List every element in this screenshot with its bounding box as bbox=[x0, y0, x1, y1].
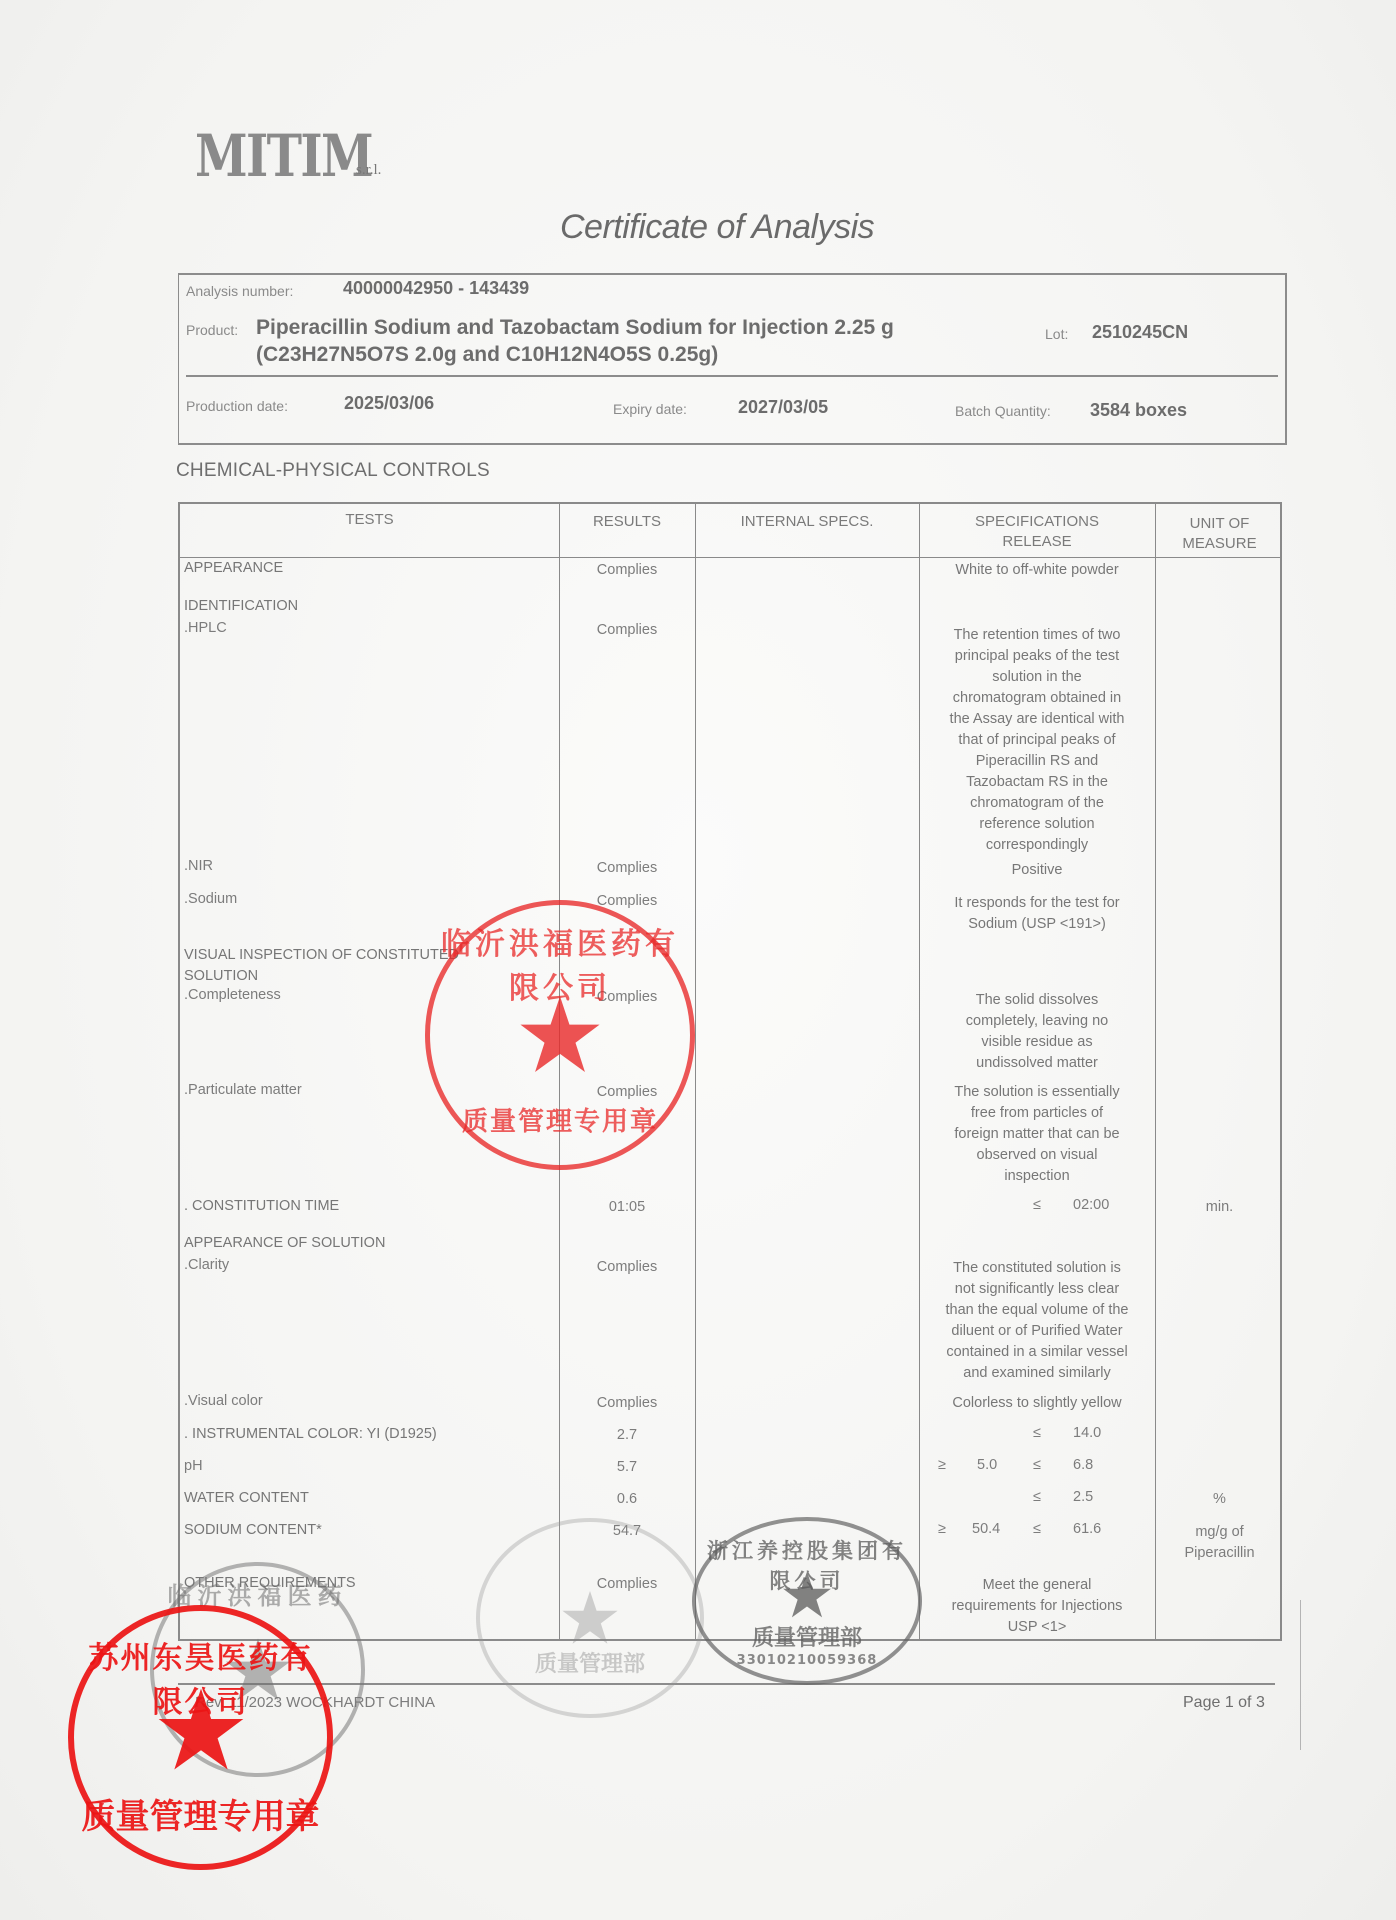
company-logo: MITIM bbox=[195, 122, 372, 190]
col-divider bbox=[919, 504, 920, 1639]
test-visual-inspection-line1: VISUAL INSPECTION OF CONSTITUTED bbox=[184, 945, 459, 966]
result-clarity: Complies bbox=[559, 1257, 695, 1278]
spec-line: The solution is essentially bbox=[925, 1082, 1149, 1103]
header-divider bbox=[180, 557, 1280, 558]
result-water-content: 0.6 bbox=[559, 1489, 695, 1510]
result-sodium: Complies bbox=[559, 891, 695, 912]
spec-line: chromatogram of the bbox=[925, 793, 1149, 814]
unit-sodium-content: mg/g of Piperacillin bbox=[1155, 1522, 1284, 1564]
op-water-content-max: ≤ bbox=[1033, 1489, 1041, 1505]
result-instrumental-color: 2.7 bbox=[559, 1425, 695, 1446]
product-name: Piperacillin Sodium and Tazobactam Sodiu… bbox=[256, 316, 894, 340]
spec-clarity: The constituted solution isnot significa… bbox=[925, 1258, 1149, 1384]
test-particulate: .Particulate matter bbox=[184, 1080, 302, 1101]
col-header-spec-release-line2: RELEASE bbox=[919, 532, 1155, 552]
spec-line: The retention times of two bbox=[925, 625, 1149, 646]
test-visual-inspection-line2: SOLUTION bbox=[184, 966, 459, 987]
lot-number: 2510245CN bbox=[1092, 322, 1188, 343]
test-visual-inspection: VISUAL INSPECTION OF CONSTITUTED SOLUTIO… bbox=[184, 945, 459, 987]
spec-line: correspondingly bbox=[925, 835, 1149, 856]
col-header-spec-release: SPECIFICATIONS RELEASE bbox=[919, 512, 1155, 552]
spec-line: undissolved matter bbox=[925, 1053, 1149, 1074]
result-visual-color: Complies bbox=[559, 1393, 695, 1414]
spec-line: Meet the general bbox=[925, 1575, 1149, 1596]
expiry-date: 2027/03/05 bbox=[738, 397, 828, 418]
footer-divider bbox=[178, 1683, 1275, 1685]
spec-line: than the equal volume of the bbox=[925, 1300, 1149, 1321]
col-header-unit: UNIT OF MEASURE bbox=[1155, 514, 1284, 554]
test-clarity: .Clarity bbox=[184, 1255, 229, 1276]
spec-ph-min: 5.0 bbox=[977, 1457, 997, 1473]
spec-instrumental-color-max: 14.0 bbox=[1073, 1425, 1101, 1441]
col-divider bbox=[1155, 504, 1156, 1639]
spec-line: the Assay are identical with bbox=[925, 709, 1149, 730]
op-sodium-content-max: ≤ bbox=[1033, 1521, 1041, 1537]
test-sodium: .Sodium bbox=[184, 889, 237, 910]
spec-hplc: The retention times of twoprincipal peak… bbox=[925, 625, 1149, 856]
spec-line: and examined similarly bbox=[925, 1363, 1149, 1384]
test-identification: IDENTIFICATION bbox=[184, 596, 298, 617]
test-instrumental-color: . INSTRUMENTAL COLOR: YI (D1925) bbox=[184, 1424, 437, 1445]
spec-sodium-content-min: 50.4 bbox=[972, 1521, 1000, 1537]
result-other-requirements: Complies bbox=[559, 1574, 695, 1595]
spec-line: Sodium (USP <191>) bbox=[925, 914, 1149, 935]
product-label: Product: bbox=[186, 322, 238, 338]
result-completeness: Complies bbox=[559, 987, 695, 1008]
spec-line: It responds for the test for bbox=[925, 893, 1149, 914]
controls-table: TESTS RESULTS INTERNAL SPECS. SPECIFICAT… bbox=[178, 502, 1282, 1641]
col-divider bbox=[695, 504, 696, 1639]
spec-line: The constituted solution is bbox=[925, 1258, 1149, 1279]
spec-sodium-content-max: 61.6 bbox=[1073, 1521, 1101, 1537]
op-constitution-time-max: ≤ bbox=[1033, 1197, 1041, 1213]
test-visual-color: .Visual color bbox=[184, 1391, 263, 1412]
test-hplc: .HPLC bbox=[184, 618, 227, 639]
col-header-unit-line2: MEASURE bbox=[1155, 534, 1284, 554]
spec-other-requirements: Meet the generalrequirements for Injecti… bbox=[925, 1575, 1149, 1638]
spec-line: Piperacillin RS and bbox=[925, 751, 1149, 772]
company-logo-suffix: s.r.l. bbox=[356, 162, 381, 179]
expiry-date-label: Expiry date: bbox=[613, 401, 687, 417]
spec-line: foreign matter that can be bbox=[925, 1124, 1149, 1145]
document-title: Certificate of Analysis bbox=[560, 208, 874, 247]
spec-sodium: It responds for the test forSodium (USP … bbox=[925, 893, 1149, 935]
op-instrumental-color-max: ≤ bbox=[1033, 1425, 1041, 1441]
result-appearance: Complies bbox=[559, 560, 695, 581]
spec-line: visible residue as bbox=[925, 1032, 1149, 1053]
product-info-divider bbox=[186, 375, 1278, 377]
result-sodium-content: 54.7 bbox=[559, 1521, 695, 1542]
spec-visual-color: Colorless to slightly yellow bbox=[925, 1393, 1149, 1414]
test-appearance: APPEARANCE bbox=[184, 558, 283, 579]
spec-line: reference solution bbox=[925, 814, 1149, 835]
analysis-number-label: Analysis number: bbox=[186, 283, 293, 299]
batch-quantity-label: Batch Quantity: bbox=[955, 403, 1051, 419]
spec-water-content-max: 2.5 bbox=[1073, 1489, 1093, 1505]
spec-line: that of principal peaks of bbox=[925, 730, 1149, 751]
col-header-unit-line1: UNIT OF bbox=[1155, 514, 1284, 534]
col-header-internal-specs: INTERNAL SPECS. bbox=[695, 512, 919, 532]
test-sodium-content: SODIUM CONTENT* bbox=[184, 1520, 322, 1541]
spec-appearance: White to off-white powder bbox=[925, 560, 1149, 581]
spec-line: principal peaks of the test bbox=[925, 646, 1149, 667]
test-other-requirements: OTHER REQUIREMENTS bbox=[184, 1573, 356, 1594]
spec-line: Tazobactam RS in the bbox=[925, 772, 1149, 793]
op-ph-min: ≥ bbox=[938, 1457, 946, 1473]
spec-line: chromatogram obtained in bbox=[925, 688, 1149, 709]
col-header-spec-release-line1: SPECIFICATIONS bbox=[919, 512, 1155, 532]
section-title: CHEMICAL-PHYSICAL CONTROLS bbox=[176, 460, 490, 482]
unit-sodium-content-line2: Piperacillin bbox=[1155, 1543, 1284, 1564]
spec-line: USP <1> bbox=[925, 1617, 1149, 1638]
test-ph: pH bbox=[184, 1456, 203, 1477]
spec-line: diluent or of Purified Water bbox=[925, 1321, 1149, 1342]
op-ph-max: ≤ bbox=[1033, 1457, 1041, 1473]
test-completeness: .Completeness bbox=[184, 985, 281, 1006]
spec-line: observed on visual bbox=[925, 1145, 1149, 1166]
result-ph: 5.7 bbox=[559, 1457, 695, 1478]
col-header-results: RESULTS bbox=[559, 512, 695, 532]
spec-line: requirements for Injections bbox=[925, 1596, 1149, 1617]
test-constitution-time: . CONSTITUTION TIME bbox=[184, 1196, 339, 1217]
unit-sodium-content-line1: mg/g of bbox=[1155, 1522, 1284, 1543]
production-date-label: Production date: bbox=[186, 398, 288, 414]
test-water-content: WATER CONTENT bbox=[184, 1488, 309, 1509]
spec-line: inspection bbox=[925, 1166, 1149, 1187]
spec-line: free from particles of bbox=[925, 1103, 1149, 1124]
unit-constitution-time: min. bbox=[1155, 1197, 1284, 1218]
spec-line: contained in a similar vessel bbox=[925, 1342, 1149, 1363]
spec-line: completely, leaving no bbox=[925, 1011, 1149, 1032]
spec-constitution-time-max: 02:00 bbox=[1073, 1197, 1109, 1213]
footer-revision: Rev. 11/2023 WOCKHARDT CHINA bbox=[195, 1694, 435, 1711]
lot-label: Lot: bbox=[1045, 326, 1068, 342]
result-particulate: Complies bbox=[559, 1082, 695, 1103]
spec-line: solution in the bbox=[925, 667, 1149, 688]
spec-nir: Positive bbox=[925, 860, 1149, 881]
op-sodium-content-min: ≥ bbox=[938, 1521, 946, 1537]
page-edge-mark bbox=[1300, 1600, 1301, 1750]
product-formula: (C23H27N5O7S 2.0g and C10H12N4O5S 0.25g) bbox=[256, 343, 718, 367]
result-constitution-time: 01:05 bbox=[559, 1197, 695, 1218]
test-appearance-solution: APPEARANCE OF SOLUTION bbox=[184, 1233, 385, 1254]
page-number: Page 1 of 3 bbox=[1183, 1694, 1265, 1712]
col-header-tests: TESTS bbox=[180, 510, 559, 530]
result-hplc: Complies bbox=[559, 620, 695, 641]
spec-completeness: The solid dissolvescompletely, leaving n… bbox=[925, 990, 1149, 1074]
result-nir: Complies bbox=[559, 858, 695, 879]
spec-ph-max: 6.8 bbox=[1073, 1457, 1093, 1473]
spec-particulate: The solution is essentiallyfree from par… bbox=[925, 1082, 1149, 1187]
unit-water-content: % bbox=[1155, 1489, 1284, 1510]
production-date: 2025/03/06 bbox=[344, 393, 434, 414]
spec-line: The solid dissolves bbox=[925, 990, 1149, 1011]
spec-line: not significantly less clear bbox=[925, 1279, 1149, 1300]
batch-quantity: 3584 boxes bbox=[1090, 400, 1187, 421]
analysis-number: 40000042950 - 143439 bbox=[343, 278, 529, 299]
test-nir: .NIR bbox=[184, 856, 213, 877]
